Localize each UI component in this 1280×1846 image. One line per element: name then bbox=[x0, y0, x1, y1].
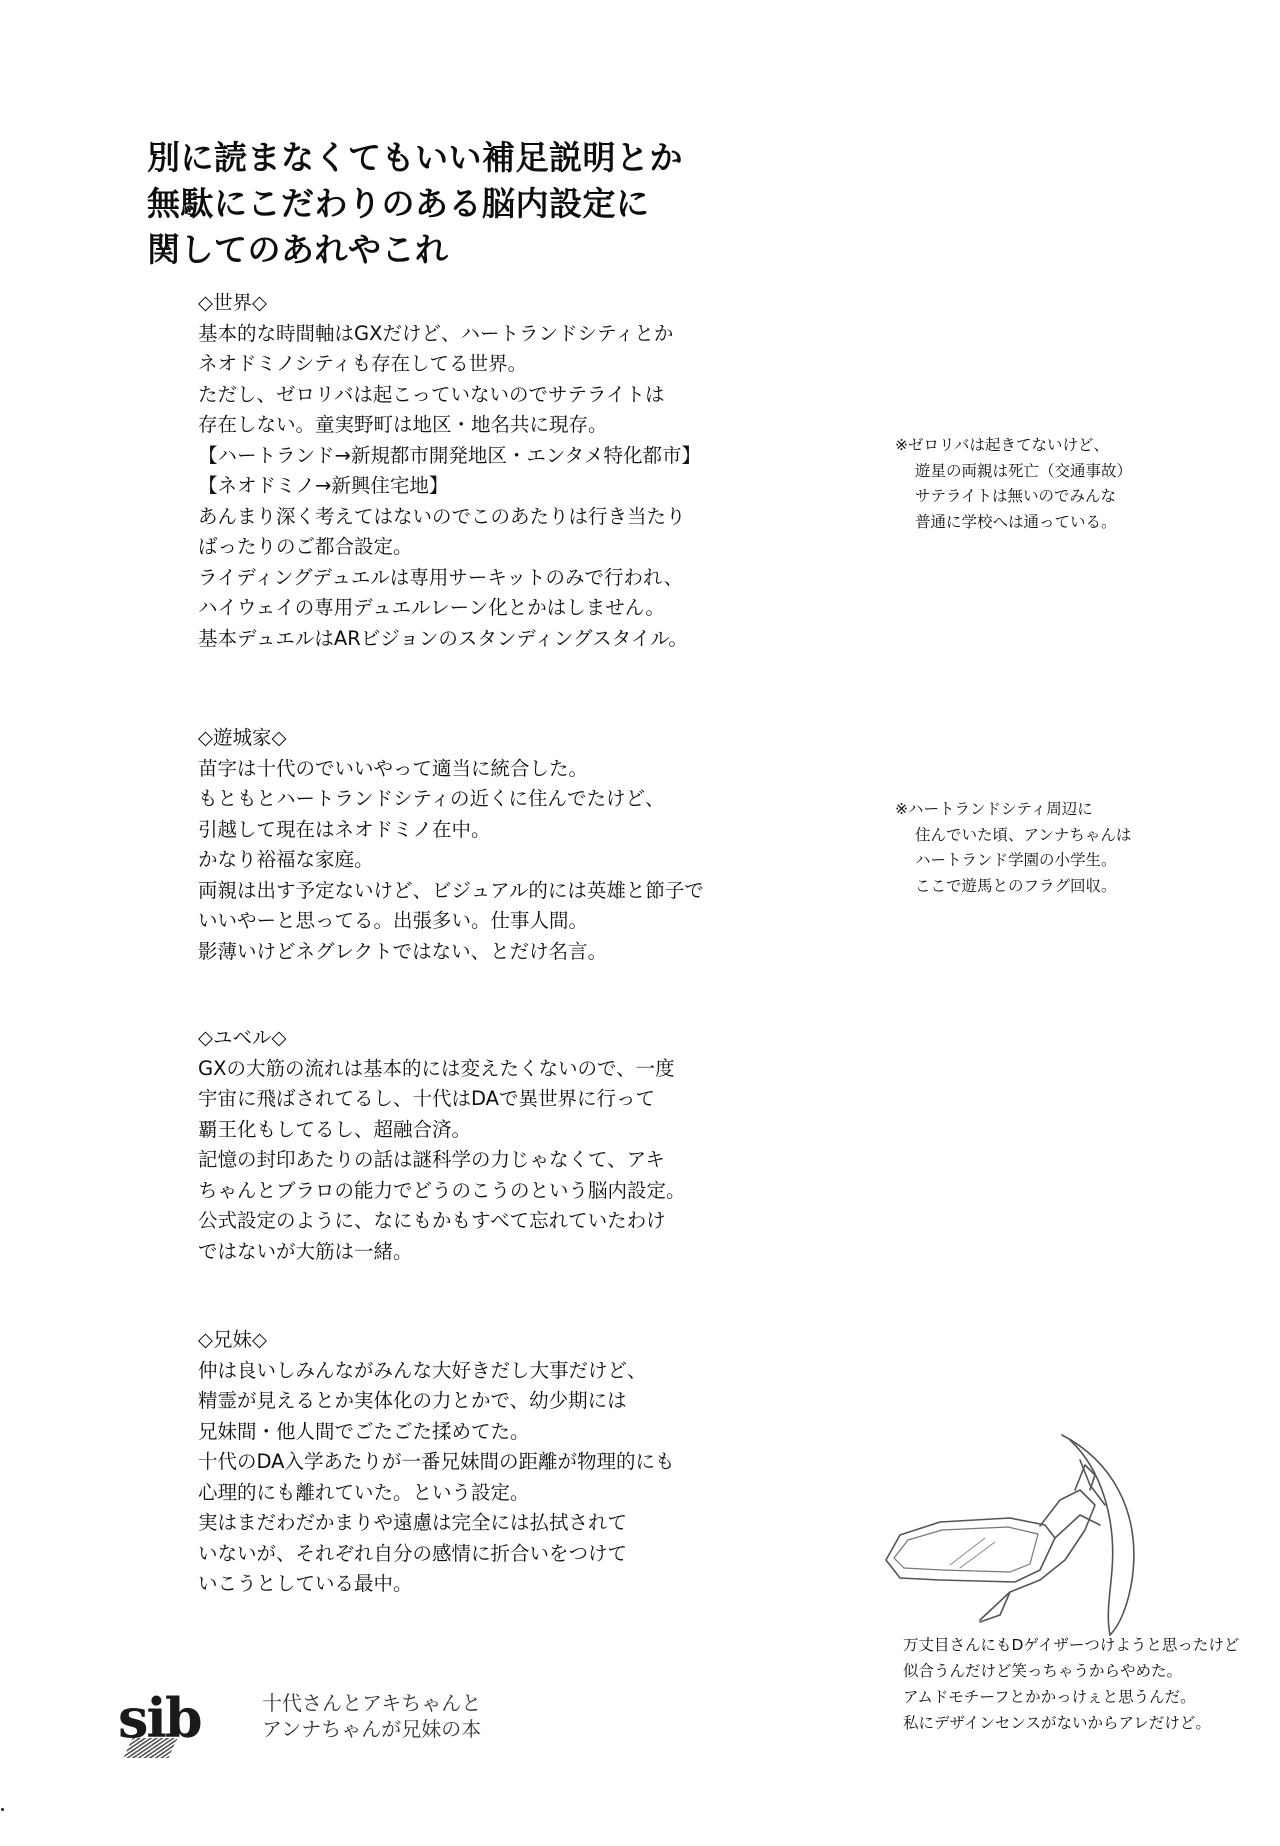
paragraph-line: 【ネオドミノ→新興住宅地】 bbox=[198, 471, 701, 502]
paragraph-line: 心理的にも離れていた。という設定。 bbox=[198, 1478, 675, 1509]
caption-line: 似合うんだけど笑っちゃうからやめた。 bbox=[903, 1658, 1239, 1684]
paragraph-line: いないが、それぞれ自分の感情に折合いをつけて bbox=[198, 1539, 675, 1570]
paragraph-line: 精霊が見えるとか実体化の力とかで、幼少期には bbox=[198, 1386, 675, 1417]
paragraph-line: 仲は良いしみんながみんな大好きだし大事だけど、 bbox=[198, 1356, 675, 1387]
paragraph-line: ネオドミノシティも存在してる世界。 bbox=[198, 349, 701, 380]
note-line: 遊星の両親は死亡（交通事故） bbox=[895, 459, 1132, 485]
section-siblings: ◇兄妹◇ 仲は良いしみんながみんな大好きだし大事だけど、 精霊が見えるとか実体化… bbox=[198, 1325, 675, 1600]
tagline-line: アンナちゃんが兄妹の本 bbox=[262, 1716, 481, 1742]
side-note-world: ※ゼロリバは起きてないけど、 遊星の両親は死亡（交通事故） サテライトは無いので… bbox=[895, 433, 1132, 535]
paragraph-line: ただし、ゼロリバは起こっていないのでサテライトは bbox=[198, 380, 701, 411]
section-heading: ◇兄妹◇ bbox=[198, 1325, 675, 1356]
section-heading: ◇世界◇ bbox=[198, 288, 701, 319]
page-title: 別に読まなくてもいい補足説明とか 無駄にこだわりのある脳内設定に 関してのあれや… bbox=[147, 135, 683, 273]
paragraph-line: 苗字は十代のでいいやって適当に統合した。 bbox=[198, 754, 704, 785]
paragraph-line: 存在しない。童実野町は地区・地名共に現存。 bbox=[198, 410, 701, 441]
paragraph-line: ではないが大筋は一緒。 bbox=[198, 1237, 686, 1268]
paragraph-line: 兄妹間・他人間でごたごた揉めてた。 bbox=[198, 1417, 675, 1448]
caption-line: 万丈目さんにもDゲイザーつけようと思ったけど bbox=[903, 1632, 1239, 1658]
note-line: 普通に学校へは通っている。 bbox=[895, 510, 1132, 536]
caption-line: アムドモチーフとかかっけぇと思うんだ。 bbox=[903, 1684, 1239, 1710]
paragraph-line: 覇王化もしてるし、超融合済。 bbox=[198, 1115, 686, 1146]
scan-speck bbox=[1, 1808, 4, 1811]
paragraph-line: 引越して現在はネオドミノ在中。 bbox=[198, 815, 704, 846]
section-yuki-family: ◇遊城家◇ 苗字は十代のでいいやって適当に統合した。 もともとハートランドシティ… bbox=[198, 723, 704, 967]
caption-line: 私にデザインセンスがないからアレだけど。 bbox=[903, 1710, 1239, 1736]
note-line: サテライトは無いのでみんな bbox=[895, 484, 1132, 510]
paragraph-line: いこうとしている最中。 bbox=[198, 1569, 675, 1600]
paragraph-line: ちゃんとブラロの能力でどうのこうのという脳内設定。 bbox=[198, 1176, 686, 1207]
note-line: 住んでいた頃、アンナちゃんは bbox=[895, 823, 1131, 849]
paragraph-line: 十代のDA入学あたりが一番兄妹間の距離が物理的にも bbox=[198, 1447, 675, 1478]
paragraph-line: GXの大筋の流れは基本的には変えたくないので、一度 bbox=[198, 1054, 686, 1085]
paragraph-line: あんまり深く考えてはないのでこのあたりは行き当たり bbox=[198, 502, 701, 533]
paragraph-line: ライディングデュエルは専用サーキットのみで行われ、 bbox=[198, 563, 701, 594]
side-note-heartland: ※ハートランドシティ周辺に 住んでいた頃、アンナちゃんは ハートランド学園の小学… bbox=[895, 797, 1131, 899]
note-line: ※ゼロリバは起きてないけど、 bbox=[895, 433, 1132, 459]
paragraph-line: 【ハートランド→新規都市開発地区・エンタメ特化都市】 bbox=[198, 441, 701, 472]
section-yubel: ◇ユベル◇ GXの大筋の流れは基本的には変えたくないので、一度 宇宙に飛ばされて… bbox=[198, 1023, 686, 1267]
section-heading: ◇遊城家◇ bbox=[198, 723, 704, 754]
paragraph-line: 公式設定のように、なにもかもすべて忘れていたわけ bbox=[198, 1206, 686, 1237]
paragraph-line: もともとハートランドシティの近くに住んでたけど、 bbox=[198, 784, 704, 815]
paragraph-line: 基本デュエルはARビジョンのスタンディングスタイル。 bbox=[198, 624, 701, 655]
paragraph-line: いいやーと思ってる。出張多い。仕事人間。 bbox=[198, 906, 704, 937]
illustration-caption: 万丈目さんにもDゲイザーつけようと思ったけど 似合うんだけど笑っちゃうからやめた… bbox=[903, 1632, 1239, 1736]
paragraph-line: 両親は出す予定ないけど、ビジュアル的には英雄と節子で bbox=[198, 876, 704, 907]
book-tagline: 十代さんとアキちゃんと アンナちゃんが兄妹の本 bbox=[262, 1690, 481, 1742]
title-line: 無駄にこだわりのある脳内設定に bbox=[147, 181, 683, 227]
section-heading: ◇ユベル◇ bbox=[198, 1023, 686, 1054]
title-line: 別に読まなくてもいい補足説明とか bbox=[147, 135, 683, 181]
sib-logo: sib bbox=[98, 1686, 228, 1766]
paragraph-line: 影薄いけどネグレクトではない、とだけ名言。 bbox=[198, 937, 704, 968]
paragraph-line: ハイウェイの専用デュエルレーン化とかはしません。 bbox=[198, 593, 701, 624]
paragraph-line: ばったりのご都合設定。 bbox=[198, 532, 701, 563]
note-line: ここで遊馬とのフラグ回収。 bbox=[895, 874, 1131, 900]
note-line: ハートランド学園の小学生。 bbox=[895, 848, 1131, 874]
paragraph-line: 記憶の封印あたりの話は謎科学の力じゃなくて、アキ bbox=[198, 1145, 686, 1176]
paragraph-line: かなり裕福な家庭。 bbox=[198, 845, 704, 876]
paragraph-line: 実はまだわだかまりや遠慮は完全には払拭されて bbox=[198, 1508, 675, 1539]
paragraph-line: 宇宙に飛ばされてるし、十代はDAで異世界に行って bbox=[198, 1084, 686, 1115]
d-gazer-sketch-illustration bbox=[880, 1430, 1220, 1640]
paragraph-line: 基本的な時間軸はGXだけど、ハートランドシティとか bbox=[198, 319, 701, 350]
tagline-line: 十代さんとアキちゃんと bbox=[262, 1690, 481, 1716]
title-line: 関してのあれやこれ bbox=[147, 227, 683, 273]
section-world: ◇世界◇ 基本的な時間軸はGXだけど、ハートランドシティとか ネオドミノシティも… bbox=[198, 288, 701, 654]
note-line: ※ハートランドシティ周辺に bbox=[895, 797, 1131, 823]
logo-text: sib bbox=[118, 1686, 201, 1750]
